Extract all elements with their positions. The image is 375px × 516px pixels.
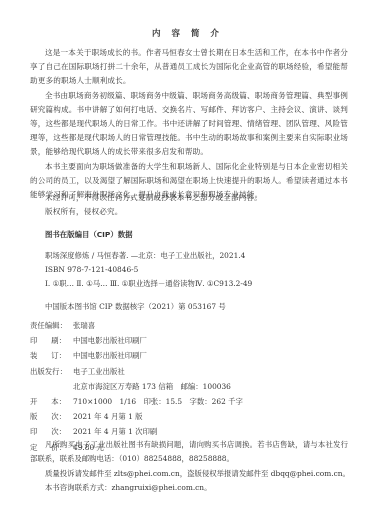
colophon-row-publisher: 出版发行： 电子工业出版社	[30, 364, 243, 379]
colophon-label: 装 订：	[30, 348, 66, 363]
colophon: 责任编辑： 张瑞喜 印 刷： 中国电影出版社印刷厂 装 订： 中国电影出版社印刷…	[30, 318, 243, 455]
colophon-row-editor: 责任编辑： 张瑞喜	[30, 318, 243, 333]
colophon-value: 张瑞喜	[73, 318, 95, 333]
label-char: 印	[30, 333, 37, 348]
copyright-line-1: 未经许可，不得以任何方式复制或抄袭本书之部分或全部内容。	[45, 191, 363, 205]
summary-paragraph-2: 全书由职场商务初级篇、职场商务中级篇、职场商务高级篇、职场商务管理篇、典型事例研…	[30, 89, 348, 160]
page-title: 内 容 简 介	[0, 27, 375, 39]
colophon-row-address: 北京市海淀区万寿路 173 信箱 邮编：100036	[30, 379, 243, 394]
copyright-page: 内 容 简 介 这是一本关于职场成长的书。作者马恒春女士曾长期在日本生活和工作，…	[0, 0, 375, 516]
colophon-label: 开 本：	[30, 394, 66, 409]
label-char: 版	[30, 409, 37, 424]
publisher-notice: 凡所购买电子工业出版社图书有缺损问题，请向购买书店调换。若书店售缺，请与本社发行…	[30, 438, 348, 496]
colophon-label: 印 刷：	[30, 333, 66, 348]
colophon-row-edition: 版 次： 2021 年 4 月第 1 版	[30, 409, 243, 424]
cip-approval-number: 中国版本图书馆 CIP 数据核字（2021）第 053167 号	[45, 301, 226, 312]
colophon-row-format: 开 本： 710×1000 1/16 印张：15.5 字数：262 千字	[30, 394, 243, 409]
colophon-label: 版 次：	[30, 409, 66, 424]
quality-complaint-line: 质量投诉请发邮件至 zlts@phei.com.cn，盗版侵权举报请发邮件至 d…	[30, 467, 348, 481]
colophon-label: 出版发行：	[30, 364, 73, 379]
label-char: 开	[30, 394, 37, 409]
cip-classification-line: Ⅰ. ①职… Ⅱ. ①马… Ⅲ. ①职业选择－通俗读物Ⅳ. ①C913.2-49	[45, 277, 252, 291]
cip-heading: 图书在版编目（CIP）数据	[45, 229, 133, 240]
cip-title-line: 职场深度修炼 / 马恒春著. —北京：电子工业出版社，2021.4	[45, 249, 252, 263]
copyright-notice: 未经许可，不得以任何方式复制或抄袭本书之部分或全部内容。 版权所有，侵权必究。	[45, 191, 363, 219]
label-char: 本：	[51, 394, 66, 409]
colophon-label: 责任编辑：	[30, 318, 73, 333]
colophon-value: 电子工业出版社	[73, 364, 125, 379]
label-char: 次：	[51, 409, 66, 424]
colophon-value: 2021 年 4 月第 1 版	[73, 409, 143, 424]
label-char: 刷：	[51, 333, 66, 348]
colophon-label	[30, 379, 73, 394]
colophon-value: 中国电影出版社印刷厂	[73, 348, 147, 363]
content-summary: 这是一本关于职场成长的书。作者马恒春女士曾长期在日本生活和工作，在本书中作者分享…	[30, 46, 348, 202]
defect-notice: 凡所购买电子工业出版社图书有缺损问题，请向购买书店调换。若书店售缺，请与本社发行…	[30, 438, 348, 467]
colophon-row-binding: 装 订： 中国电影出版社印刷厂	[30, 348, 243, 363]
cip-isbn-line: ISBN 978-7-121-40846-5	[45, 263, 252, 277]
colophon-value: 北京市海淀区万寿路 173 信箱 邮编：100036	[73, 379, 231, 394]
label-char: 装	[30, 348, 37, 363]
colophon-row-printing: 印 刷： 中国电影出版社印刷厂	[30, 333, 243, 348]
colophon-value: 中国电影出版社印刷厂	[73, 333, 147, 348]
colophon-value: 710×1000 1/16 印张：15.5 字数：262 千字	[73, 394, 243, 409]
copyright-line-2: 版权所有，侵权必究。	[45, 205, 363, 219]
label-char: 订：	[51, 348, 66, 363]
summary-paragraph-1: 这是一本关于职场成长的书。作者马恒春女士曾长期在日本生活和工作，在本书中作者分享…	[30, 46, 348, 89]
contact-line: 本书咨询联系方式：zhangruixi@phei.com.cn。	[30, 481, 348, 495]
cip-data: 职场深度修炼 / 马恒春著. —北京：电子工业出版社，2021.4 ISBN 9…	[45, 249, 252, 292]
